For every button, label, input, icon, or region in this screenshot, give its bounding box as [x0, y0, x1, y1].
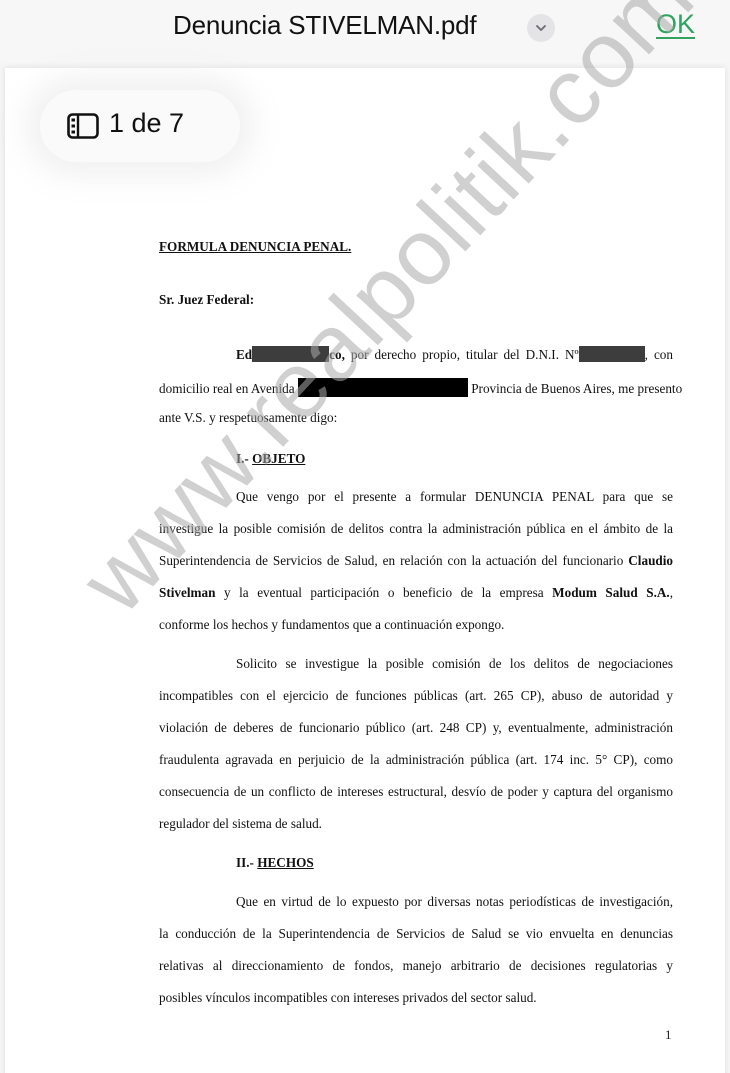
paragraph-line: Stivelman y la eventual participación o … — [159, 585, 673, 601]
pdf-page[interactable] — [5, 68, 725, 1073]
redaction-dni — [579, 346, 645, 362]
bold-company: Modum Salud S.A. — [552, 585, 670, 600]
paragraph-line: Solicito se investigue la posible comisi… — [159, 656, 673, 672]
paragraph-line: Superintendencia de Servicios de Salud, … — [159, 553, 673, 569]
section-number: II.- — [236, 855, 257, 870]
salutation: Sr. Juez Federal: — [159, 292, 673, 308]
page-number: 1 — [665, 1027, 672, 1043]
paragraph-line: posibles vínculos incompatibles con inte… — [159, 990, 673, 1006]
sidebar-thumbnails-icon — [67, 113, 99, 139]
title-menu-button[interactable] — [527, 14, 555, 42]
paragraph-line: investigue la posible comisión de delito… — [159, 521, 673, 537]
bold-name-stivelman: Stivelman — [159, 585, 215, 600]
navigation-bar: Denuncia STIVELMAN.pdf OK — [0, 0, 730, 62]
document-title: Denuncia STIVELMAN.pdf — [173, 10, 476, 41]
ok-button[interactable]: OK — [656, 9, 695, 40]
paragraph-line: Que en virtud de lo expuesto por diversa… — [159, 894, 673, 910]
bold-name-claudio: Claudio — [628, 553, 673, 568]
paragraph-line: relativas al direccionamiento de fondos,… — [159, 958, 673, 974]
document-heading: FORMULA DENUNCIA PENAL. — [159, 239, 673, 255]
paragraph-line: conforme los hechos y fundamentos que a … — [159, 617, 673, 633]
paragraph-line: Que vengo por el presente a formular DEN… — [159, 489, 673, 505]
redaction-address — [298, 378, 468, 397]
section-2-heading: II.- HECHOS — [159, 855, 673, 871]
paragraph-line: incompatibles con el ejercicio de funcio… — [159, 688, 673, 704]
section-number: I.- — [236, 451, 252, 466]
paragraph-line: consecuencia de un conflicto de interese… — [159, 784, 673, 800]
text-span: y la eventual participación o beneficio … — [215, 585, 552, 600]
section-1-heading: I.- OBJETO — [159, 451, 673, 467]
address-province: Provincia de Buenos Aires, me presento — [468, 381, 682, 396]
name-start: Ed — [236, 347, 252, 362]
section-title: OBJETO — [252, 451, 305, 466]
text-span: Superintendencia de Servicios de Salud, … — [159, 553, 628, 568]
paragraph-line: la conducción de la Superintendencia de … — [159, 926, 673, 942]
paragraph-line: fraudulenta agravada en perjuicio de la … — [159, 752, 673, 768]
paragraph-line: regulador del sistema de salud. — [159, 816, 673, 832]
page-count: 1 de 7 — [109, 108, 184, 139]
paragraph-line: violación de deberes de funcionario públ… — [159, 720, 673, 736]
intro-text-end: , con — [645, 347, 673, 362]
redaction-name — [252, 346, 329, 362]
name-end: co, — [329, 347, 345, 362]
intro-line-2: domicilio real en Avenida Provincia de B… — [159, 378, 673, 397]
address-label: domicilio real en Avenida — [159, 381, 295, 396]
intro-line-1: Edco, por derecho propio, titular del D.… — [159, 346, 673, 363]
text-span: , — [670, 585, 673, 600]
chevron-down-icon — [534, 23, 548, 33]
section-title: HECHOS — [257, 855, 313, 870]
intro-text: por derecho propio, titular del D.N.I. N… — [345, 347, 579, 362]
intro-line-3: ante V.S. y respetuosamente digo: — [159, 410, 673, 426]
page-indicator[interactable]: 1 de 7 — [40, 90, 240, 162]
